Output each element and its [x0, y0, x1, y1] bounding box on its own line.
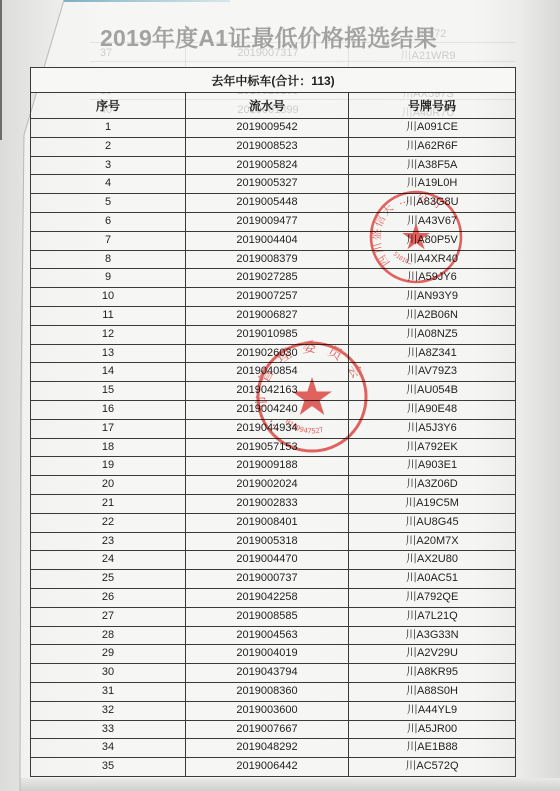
cell-seq: 13: [31, 344, 186, 363]
table-row: 292019004019川A2V29U: [31, 645, 516, 664]
column-header-seq: 序号: [31, 93, 186, 119]
table-row: 262019042258川A792QE: [31, 588, 516, 607]
cell-serial: 2019009542: [186, 119, 349, 138]
cell-plate: 川A44YL9: [349, 701, 516, 720]
cell-seq: 10: [31, 288, 186, 307]
cell-seq: 20: [31, 476, 186, 495]
table-row: 322019003600川A44YL9: [31, 701, 516, 720]
cell-seq: 24: [31, 551, 186, 570]
table-row: 302019043794川A8KR95: [31, 664, 516, 683]
cell-serial: 2019005824: [186, 156, 349, 175]
cell-seq: 21: [31, 494, 186, 513]
cell-serial: 2019009188: [186, 457, 349, 476]
cell-seq: 31: [31, 682, 186, 701]
cell-plate: 川A5J3Y6: [349, 419, 516, 438]
cell-seq: 15: [31, 382, 186, 401]
column-header-plate: 号牌号码: [349, 93, 516, 119]
cell-plate: 川AV79Z3: [349, 363, 516, 382]
cell-seq: 1: [31, 119, 186, 138]
company-seal-stamp: 四川盛信天 … 公司 51010…: [369, 190, 463, 284]
cell-plate: 川A792EK: [349, 438, 516, 457]
table-row: 22019008523川A62R6F: [31, 137, 516, 156]
cell-serial: 2019009477: [186, 212, 349, 231]
cell-serial: 2019042258: [186, 588, 349, 607]
cell-plate: 川A0AC51: [349, 570, 516, 589]
cell-serial: 2019004404: [186, 231, 349, 250]
cell-plate: 川A19C5M: [349, 494, 516, 513]
cell-plate: 川A20M7X: [349, 532, 516, 551]
cell-serial: 2019006827: [186, 306, 349, 325]
table-row: 332019007667川A5JR00: [31, 720, 516, 739]
cell-plate: 川A3G33N: [349, 626, 516, 645]
cell-seq: 26: [31, 588, 186, 607]
cell-serial: 2019043794: [186, 664, 349, 683]
cell-plate: 川AC572Q: [349, 758, 516, 777]
cell-plate: 川AU054B: [349, 382, 516, 401]
table-row: 12019009542川A091CE: [31, 119, 516, 138]
cell-seq: 23: [31, 532, 186, 551]
cell-seq: 5: [31, 194, 186, 213]
stamp-number: 0100947527: [284, 418, 325, 436]
cell-plate: 川AX2U80: [349, 551, 516, 570]
cell-serial: 2019008401: [186, 513, 349, 532]
cell-plate: 川A7L21Q: [349, 607, 516, 626]
cell-plate: 川A62R6F: [349, 137, 516, 156]
cell-serial: 2019002024: [186, 476, 349, 495]
cell-serial: 2019004019: [186, 645, 349, 664]
cell-serial: 2019005318: [186, 532, 349, 551]
cell-serial: 2019027285: [186, 269, 349, 288]
table-row: 242019004470川AX2U80: [31, 551, 516, 570]
cell-seq: 2: [31, 137, 186, 156]
cell-seq: 32: [31, 701, 186, 720]
table-row: 232019005318川A20M7X: [31, 532, 516, 551]
cell-plate: 川A091CE: [349, 119, 516, 138]
table-caption: 去年中标车(合计：113): [31, 68, 516, 93]
cell-seq: 4: [31, 175, 186, 194]
cell-plate: 川A2V29U: [349, 645, 516, 664]
cell-seq: 28: [31, 626, 186, 645]
cell-seq: 9: [31, 269, 186, 288]
table-row: 112019006827川A2B06N: [31, 306, 516, 325]
cell-seq: 30: [31, 664, 186, 683]
cell-serial: 2019008523: [186, 137, 349, 156]
cell-seq: 8: [31, 250, 186, 269]
cell-seq: 7: [31, 231, 186, 250]
cell-seq: 27: [31, 607, 186, 626]
svg-text:四川盛信天 … 公司: 四川盛信天 … 公司: [370, 191, 445, 269]
cell-serial: 2019007667: [186, 720, 349, 739]
table-row: 342019048292川AE1B88: [31, 739, 516, 758]
cell-plate: 川AU8G45: [349, 513, 516, 532]
table-row: 32019005824川A38F5A: [31, 156, 516, 175]
cell-serial: 2019007257: [186, 288, 349, 307]
cell-plate: 川A5JR00: [349, 720, 516, 739]
table-row: 252019000737川A0AC51: [31, 570, 516, 589]
table-caption-row: 去年中标车(合计：113): [31, 68, 516, 93]
table-row: 312019008360川A88S0H: [31, 682, 516, 701]
column-header-serial: 流水号: [186, 93, 349, 119]
table-row: 352019006442川AC572Q: [31, 758, 516, 777]
cell-plate: 川A08NZ5: [349, 325, 516, 344]
cell-plate: 川A2B06N: [349, 306, 516, 325]
cell-seq: 12: [31, 325, 186, 344]
svg-text:51010…: 51010…: [391, 251, 413, 267]
table-row: 222019008401川AU8G45: [31, 513, 516, 532]
cell-plate: 川A792QE: [349, 588, 516, 607]
document-title: 2019年度A1证最低价格摇选结果: [100, 20, 437, 53]
cell-seq: 33: [31, 720, 186, 739]
cell-seq: 35: [31, 758, 186, 777]
cell-plate: 川AN93Y9: [349, 288, 516, 307]
cell-serial: 2019002833: [186, 494, 349, 513]
committee-seal-stamp: … 市 管 理 委 员 会 0100947527: [255, 340, 369, 454]
cell-serial: 2019003600: [186, 701, 349, 720]
cell-serial: 2019008360: [186, 682, 349, 701]
cell-seq: 6: [31, 212, 186, 231]
cell-seq: 16: [31, 400, 186, 419]
table-row: 272019008585川A7L21Q: [31, 607, 516, 626]
cell-seq: 14: [31, 363, 186, 382]
table-row: 282019004563川A3G33N: [31, 626, 516, 645]
star-icon: [292, 377, 332, 415]
table-row: 192019009188川A903E1: [31, 457, 516, 476]
table-row: 202019002024川A3Z06D: [31, 476, 516, 495]
cell-seq: 3: [31, 156, 186, 175]
cell-serial: 2019005327: [186, 175, 349, 194]
cell-seq: 17: [31, 419, 186, 438]
stamp-arc-text: 四川盛信天 … 公司: [370, 191, 445, 269]
cell-serial: 2019005448: [186, 194, 349, 213]
cell-plate: 川A8KR95: [349, 664, 516, 683]
cell-plate: 川A90E48: [349, 400, 516, 419]
cell-plate: 川AE1B88: [349, 739, 516, 758]
cell-serial: 2019006442: [186, 758, 349, 777]
scanned-page: …E972372019007317川A21WR9382019018173川AE3…: [0, 0, 560, 791]
cell-seq: 22: [31, 513, 186, 532]
cell-seq: 29: [31, 645, 186, 664]
table-header-row: 序号 流水号 号牌号码: [31, 93, 516, 119]
cell-seq: 11: [31, 306, 186, 325]
cell-serial: 2019000737: [186, 570, 349, 589]
cell-serial: 2019048292: [186, 739, 349, 758]
cell-serial: 2019008379: [186, 250, 349, 269]
cell-plate: 川A903E1: [349, 457, 516, 476]
cell-seq: 18: [31, 438, 186, 457]
cell-plate: 川A3Z06D: [349, 476, 516, 495]
cell-seq: 25: [31, 570, 186, 589]
underlying-page-edge: [520, 0, 560, 791]
cell-seq: 34: [31, 739, 186, 758]
cell-serial: 2019004563: [186, 626, 349, 645]
cell-seq: 19: [31, 457, 186, 476]
stamp-number: 51010…: [391, 251, 413, 267]
cell-plate: 川A88S0H: [349, 682, 516, 701]
svg-text:0100947527: 0100947527: [284, 418, 325, 436]
table-row: 212019002833川A19C5M: [31, 494, 516, 513]
page-bottom-edge: [0, 778, 560, 791]
table-row: 102019007257川AN93Y9: [31, 288, 516, 307]
star-icon: [402, 223, 430, 249]
cell-serial: 2019008585: [186, 607, 349, 626]
cell-serial: 2019004470: [186, 551, 349, 570]
cell-plate: 川A38F5A: [349, 156, 516, 175]
cell-plate: 川A8Z341: [349, 344, 516, 363]
